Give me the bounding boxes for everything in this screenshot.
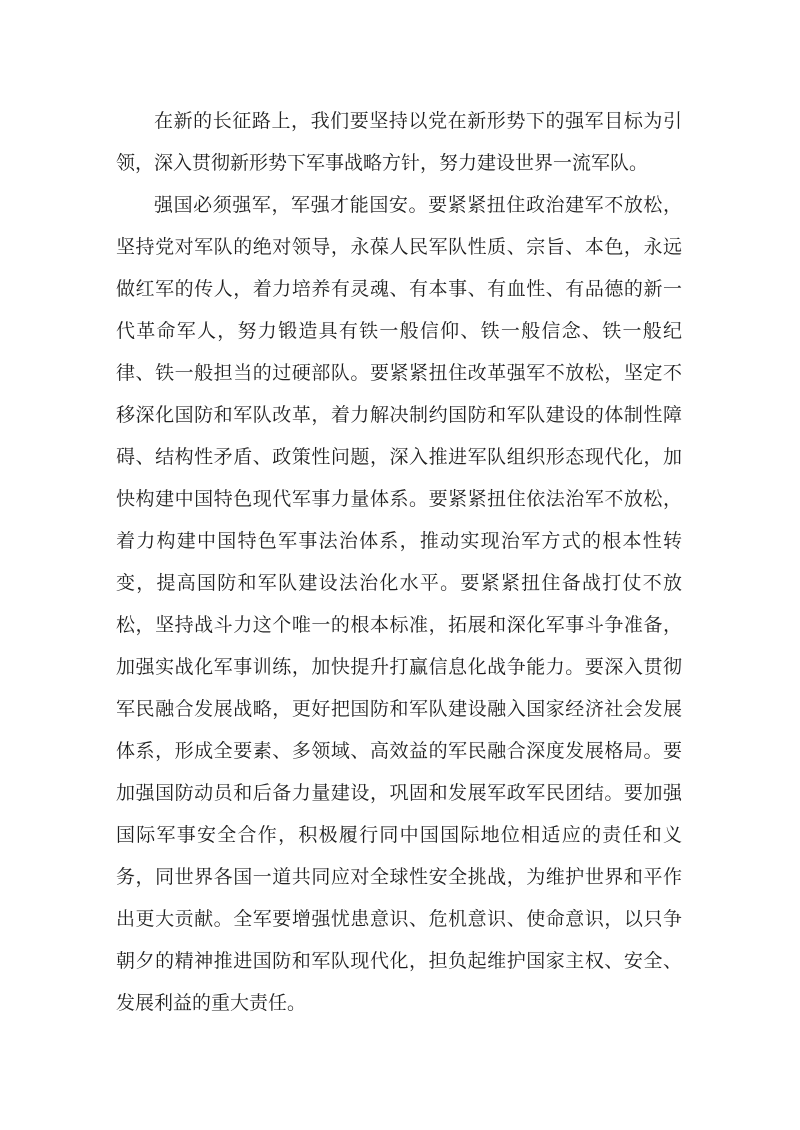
paragraph: 在新的长征路上，我们要坚持以党在新形势下的强军目标为引领，深入贯彻新形势下军事战… bbox=[116, 101, 682, 185]
document-page: 在新的长征路上，我们要坚持以党在新形势下的强军目标为引领，深入贯彻新形势下军事战… bbox=[0, 0, 800, 1130]
paragraph: 强国必须强军，军强才能国安。要紧紧扭住政治建军不放松，坚持党对军队的绝对领导，永… bbox=[116, 185, 682, 1025]
